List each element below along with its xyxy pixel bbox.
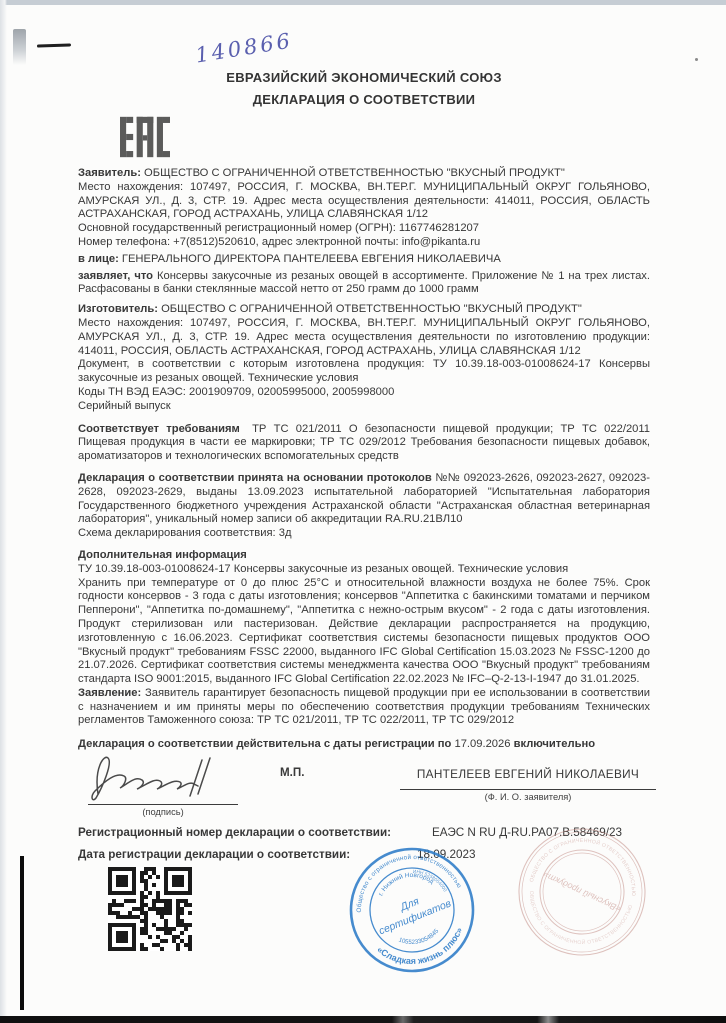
- storage-paragraph: Хранить при температуре от 0 до плюс 25°…: [78, 577, 650, 687]
- representative-paragraph: в лице: ГЕНЕРАЛЬНОГО ДИРЕКТОРА ПАНТЕЛЕЕВ…: [78, 253, 650, 267]
- doc-title: ДЕКЛАРАЦИЯ О СООТВЕТСТВИИ: [78, 92, 650, 107]
- subject-text: Консервы закусочные из резаных овощей в …: [78, 270, 650, 296]
- blue-stamp-ogrn: 1055233054845: [396, 926, 442, 950]
- seal-place-mark: М.П.: [280, 766, 304, 779]
- applicant-contact: Номер телефона: +7(8512)520610, адрес эл…: [78, 236, 650, 250]
- representative-text: ГЕНЕРАЛЬНОГО ДИРЕКТОРА ПАНТЕЛЕЕВА ЕВГЕНИ…: [122, 253, 501, 265]
- validity-suffix: включительно: [514, 738, 596, 750]
- manufacturer-paragraph: Изготовитель: ОБЩЕСТВО С ОГРАНИЧЕННОЙ ОТ…: [78, 303, 650, 317]
- blue-round-stamp: Общество с ограниченной ответственностью…: [315, 813, 509, 1007]
- signature-scribble: [80, 748, 250, 806]
- basis-label: Декларация о соответствии принята на осн…: [78, 472, 432, 484]
- validity-date: 17.09.2026: [454, 738, 510, 750]
- scan-edge-bottom: [0, 1016, 726, 1023]
- red-stamp-center-text: «Вкусный продукт»: [542, 870, 623, 915]
- manufacturer-address: Место нахождения: 107497, РОССИЯ, Г. МОС…: [78, 317, 650, 358]
- tu-line: ТУ 10.39.18-003-01008624-17 Консервы зак…: [78, 563, 650, 577]
- declaration-page: 140866 ЕВРАЗИЙСКИЙ ЭКОНОМИЧЕСКИЙ СОЮЗ ДЕ…: [0, 0, 726, 1023]
- union-name: ЕВРАЗИЙСКИЙ ЭКОНОМИЧЕСКИЙ СОЮЗ: [78, 70, 650, 85]
- red-round-stamp: ОБЩЕСТВО С ОГРАНИЧЕННОЙ ОТВЕТСТВЕННОСТЬЮ…: [492, 802, 673, 983]
- applicant-fio: ПАНТЕЛЕЕВ ЕВГЕНИЙ НИКОЛАЕВИЧ: [400, 767, 656, 781]
- manufacturer-label: Изготовитель:: [78, 303, 158, 315]
- fio-line: [400, 789, 656, 790]
- signature-line: [88, 804, 238, 805]
- issue-type: Серийный выпуск: [78, 400, 650, 414]
- statement-label: Заявление:: [78, 687, 141, 699]
- subject-label: заявляет, что: [78, 270, 153, 282]
- qr-code: [108, 867, 192, 951]
- representative-label: в лице:: [78, 253, 119, 265]
- compliance-label: Соответствует требованиям: [78, 423, 240, 435]
- scheme-line: Схема декларирования соответствия: 3д: [78, 527, 650, 541]
- subject-paragraph: заявляет, что Консервы закусочные из рез…: [78, 270, 650, 298]
- eac-logo-icon: [120, 116, 170, 158]
- handwritten-number: 140866: [194, 28, 295, 67]
- registration-date-label: Дата регистрации декларации о соответств…: [78, 848, 350, 861]
- registration-number-label: Регистрационный номер декларации о соотв…: [78, 826, 391, 839]
- statement-text: Заявитель гарантирует безопасность пищев…: [78, 687, 650, 727]
- applicant-paragraph: Заявитель: ОБЩЕСТВО С ОГРАНИЧЕННОЙ ОТВЕТ…: [78, 167, 650, 181]
- scan-artifact-speck: [695, 58, 698, 61]
- scan-artifact-blob: [13, 29, 26, 65]
- tnved-codes: Коды ТН ВЭД ЕАЭС: 2001909709, 0200599500…: [78, 386, 650, 400]
- compliance-paragraph: Соответствует требованиям ТР ТС 021/2011…: [78, 423, 650, 464]
- document-body: Заявитель: ОБЩЕСТВО С ОГРАНИЧЕННОЙ ОТВЕТ…: [78, 167, 650, 752]
- applicant-address: Место нахождения: 107497, РОССИЯ, Г. МОС…: [78, 181, 650, 222]
- additional-info-heading: Дополнительная информация: [78, 549, 650, 563]
- manufacturer-document: Документ, в соответствии с которым изгот…: [78, 358, 650, 386]
- statement-paragraph: Заявление: Заявитель гарантирует безопас…: [78, 687, 650, 728]
- scan-edge-top: [0, 0, 726, 5]
- signature-caption: (подпись): [88, 807, 238, 817]
- scan-edge-left: [0, 0, 7, 1023]
- basis-paragraph: Декларация о соответствии принята на осн…: [78, 472, 650, 527]
- applicant-ogrn: Основной государственный регистрационный…: [78, 222, 650, 236]
- scan-artifact-dash: [37, 43, 71, 47]
- applicant-label: Заявитель:: [78, 167, 141, 179]
- svg-text:1055233054845: 1055233054845: [396, 926, 442, 950]
- manufacturer-name: ОБЩЕСТВО С ОГРАНИЧЕННОЙ ОТВЕТСТВЕННОСТЬЮ…: [161, 303, 582, 315]
- applicant-name: ОБЩЕСТВО С ОГРАНИЧЕННОЙ ОТВЕТСТВЕННОСТЬЮ…: [144, 167, 565, 179]
- scan-artifact-line: [20, 856, 24, 1010]
- fio-caption: (Ф. И. О. заявителя): [400, 792, 656, 802]
